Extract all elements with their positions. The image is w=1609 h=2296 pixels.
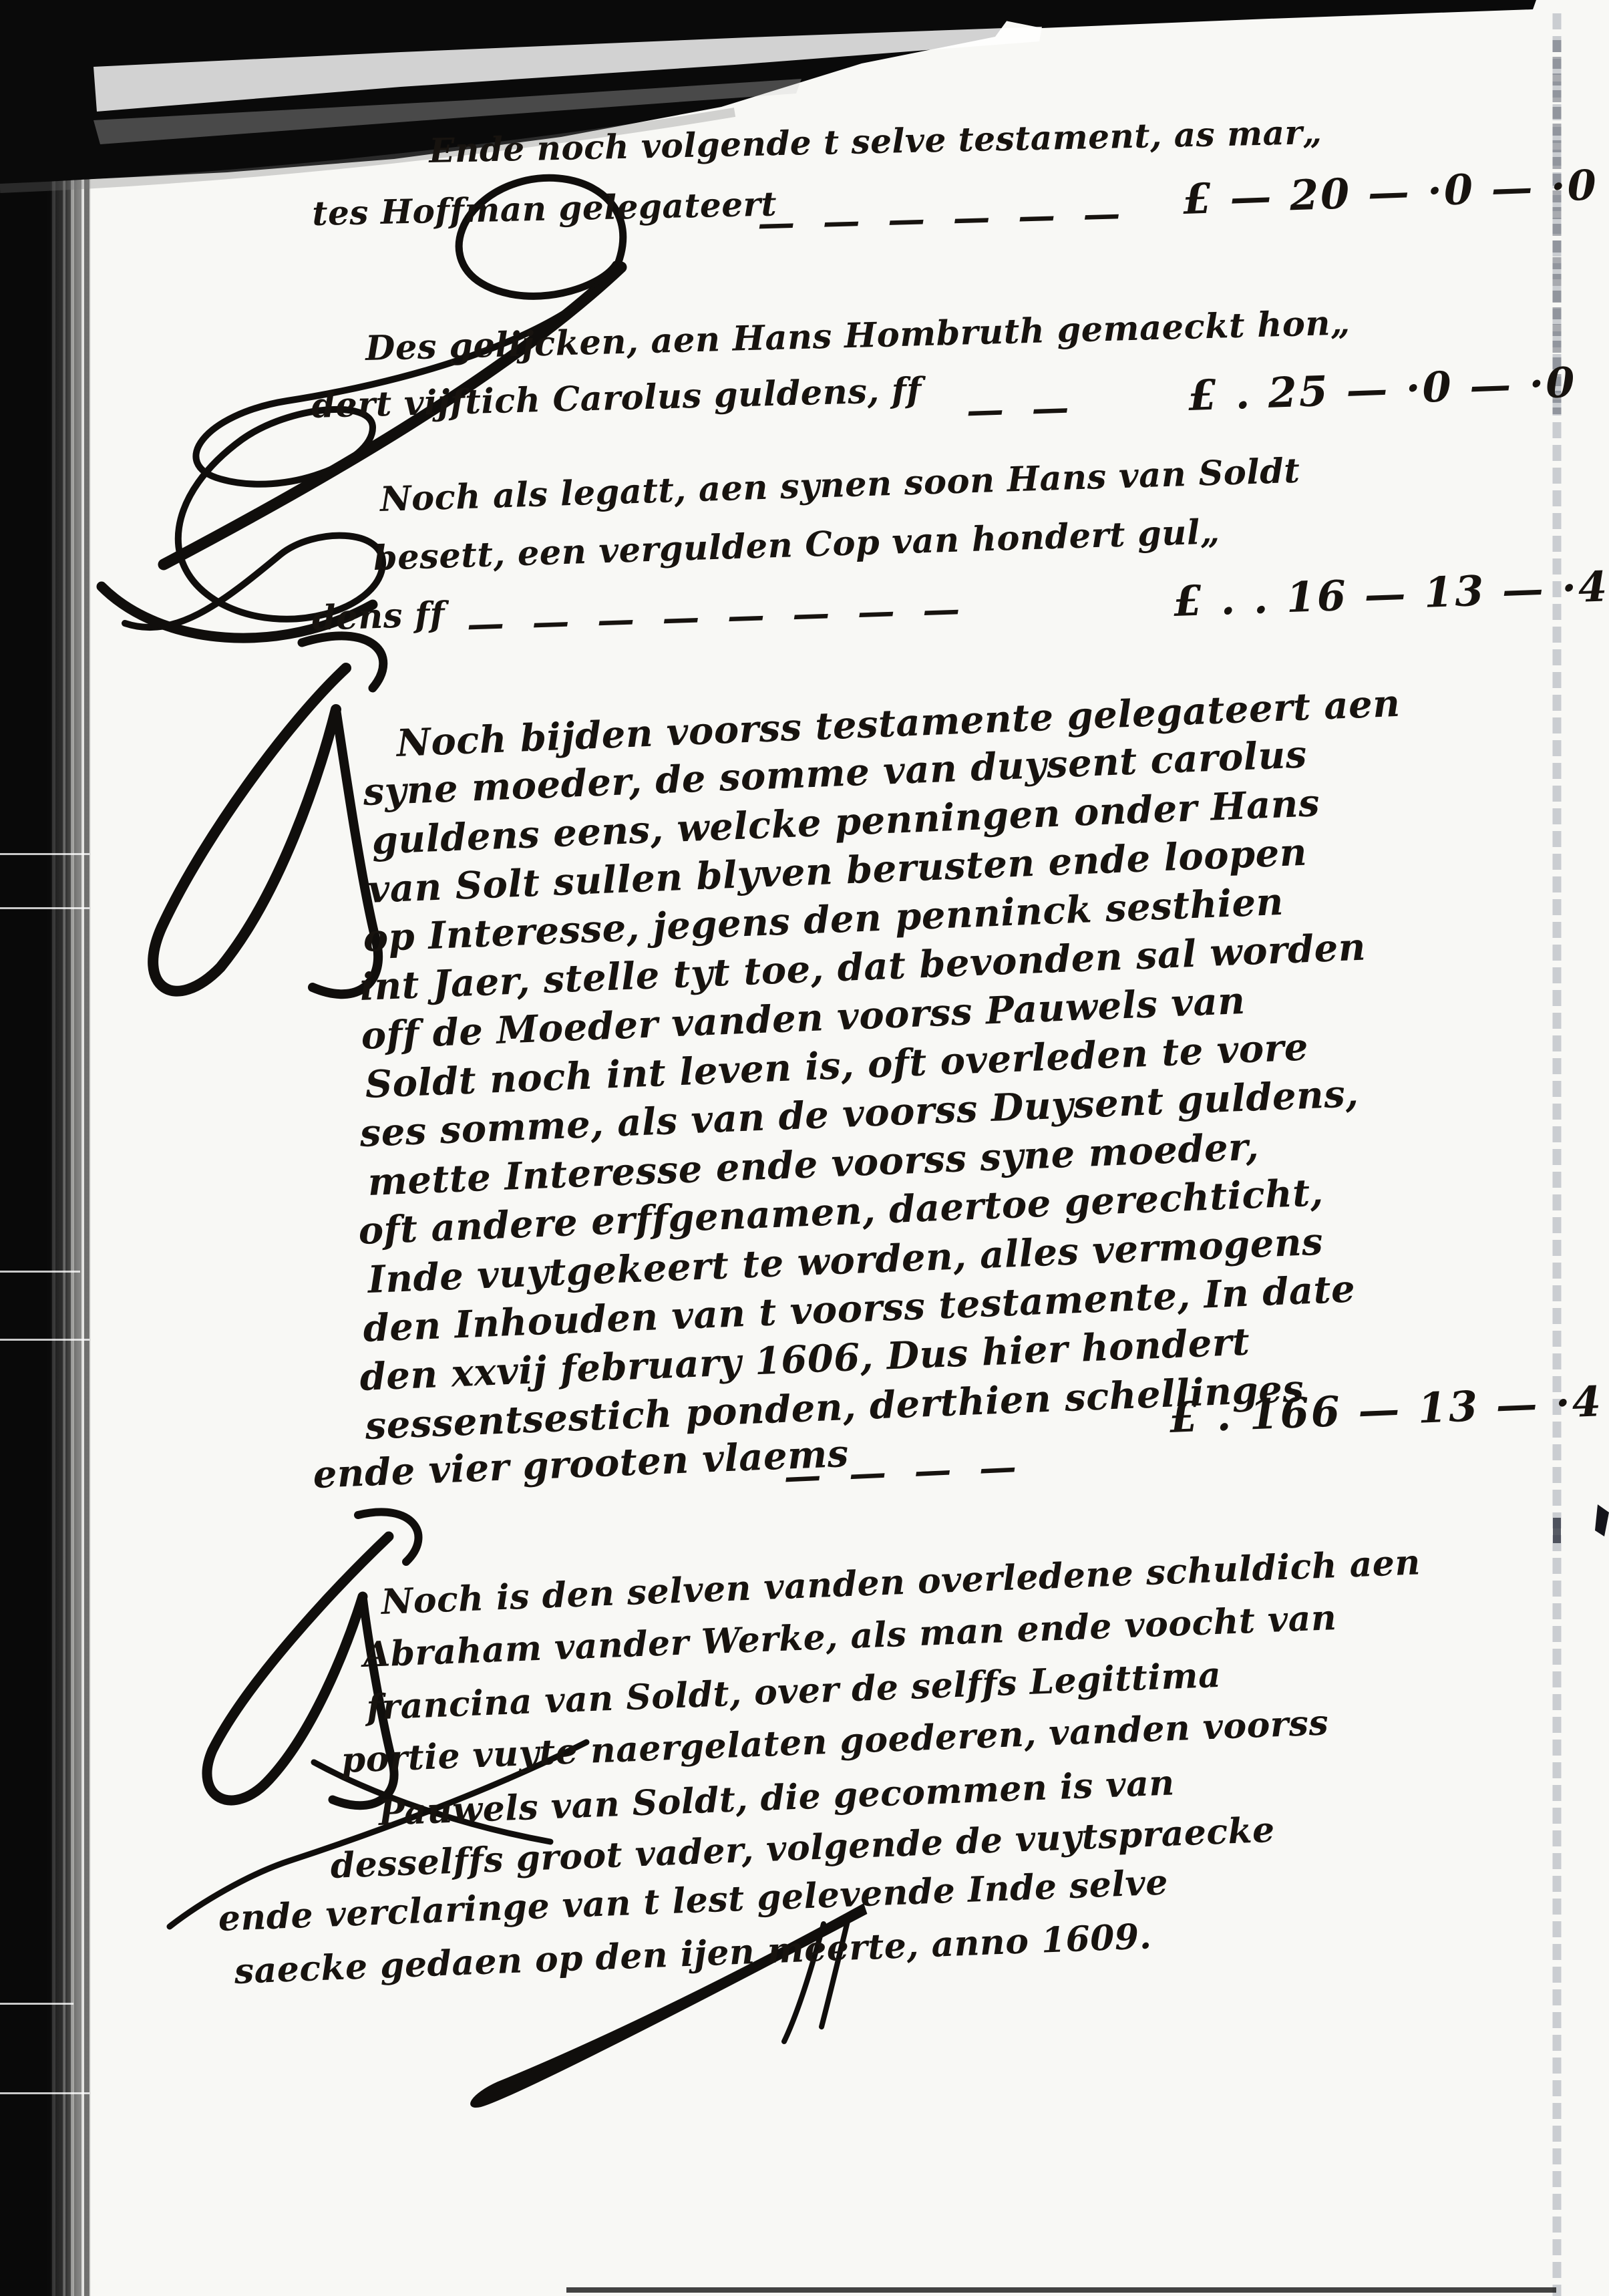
manuscript-line: dens ff <box>311 595 445 639</box>
manuscript-line: Noch als legatt, aen synen soon Hans van… <box>379 451 1300 520</box>
manuscript-text-layer: Ende noch volgende t selve testament, as… <box>0 0 1609 2296</box>
manuscript-line: Ende noch volgende t selve testament, as… <box>429 112 1322 170</box>
amount-value: £ . . 16 — 13 — ·4 <box>1172 562 1609 626</box>
manuscript-page: Ende noch volgende t selve testament, as… <box>0 0 1609 2296</box>
manuscript-line: Des gelijcken, aen Hans Hombruth gemaeck… <box>365 303 1351 369</box>
manuscript-line: dert vijftich Carolus guldens, ff <box>311 370 922 426</box>
amount-value: £ — 20 — ·0 — ·0 <box>1182 160 1599 224</box>
amount-value: £ . 25 — ·0 — ·0 <box>1187 358 1577 420</box>
manuscript-line: besett, een vergulden Cop van hondert gu… <box>373 512 1220 579</box>
dash-leader: — — — — — — — — <box>466 587 968 647</box>
manuscript-line: tes Hoffman gelegateert <box>312 184 777 233</box>
dash-leader: — — <box>966 385 1077 433</box>
dash-leader: — — — — — — <box>757 192 1128 246</box>
